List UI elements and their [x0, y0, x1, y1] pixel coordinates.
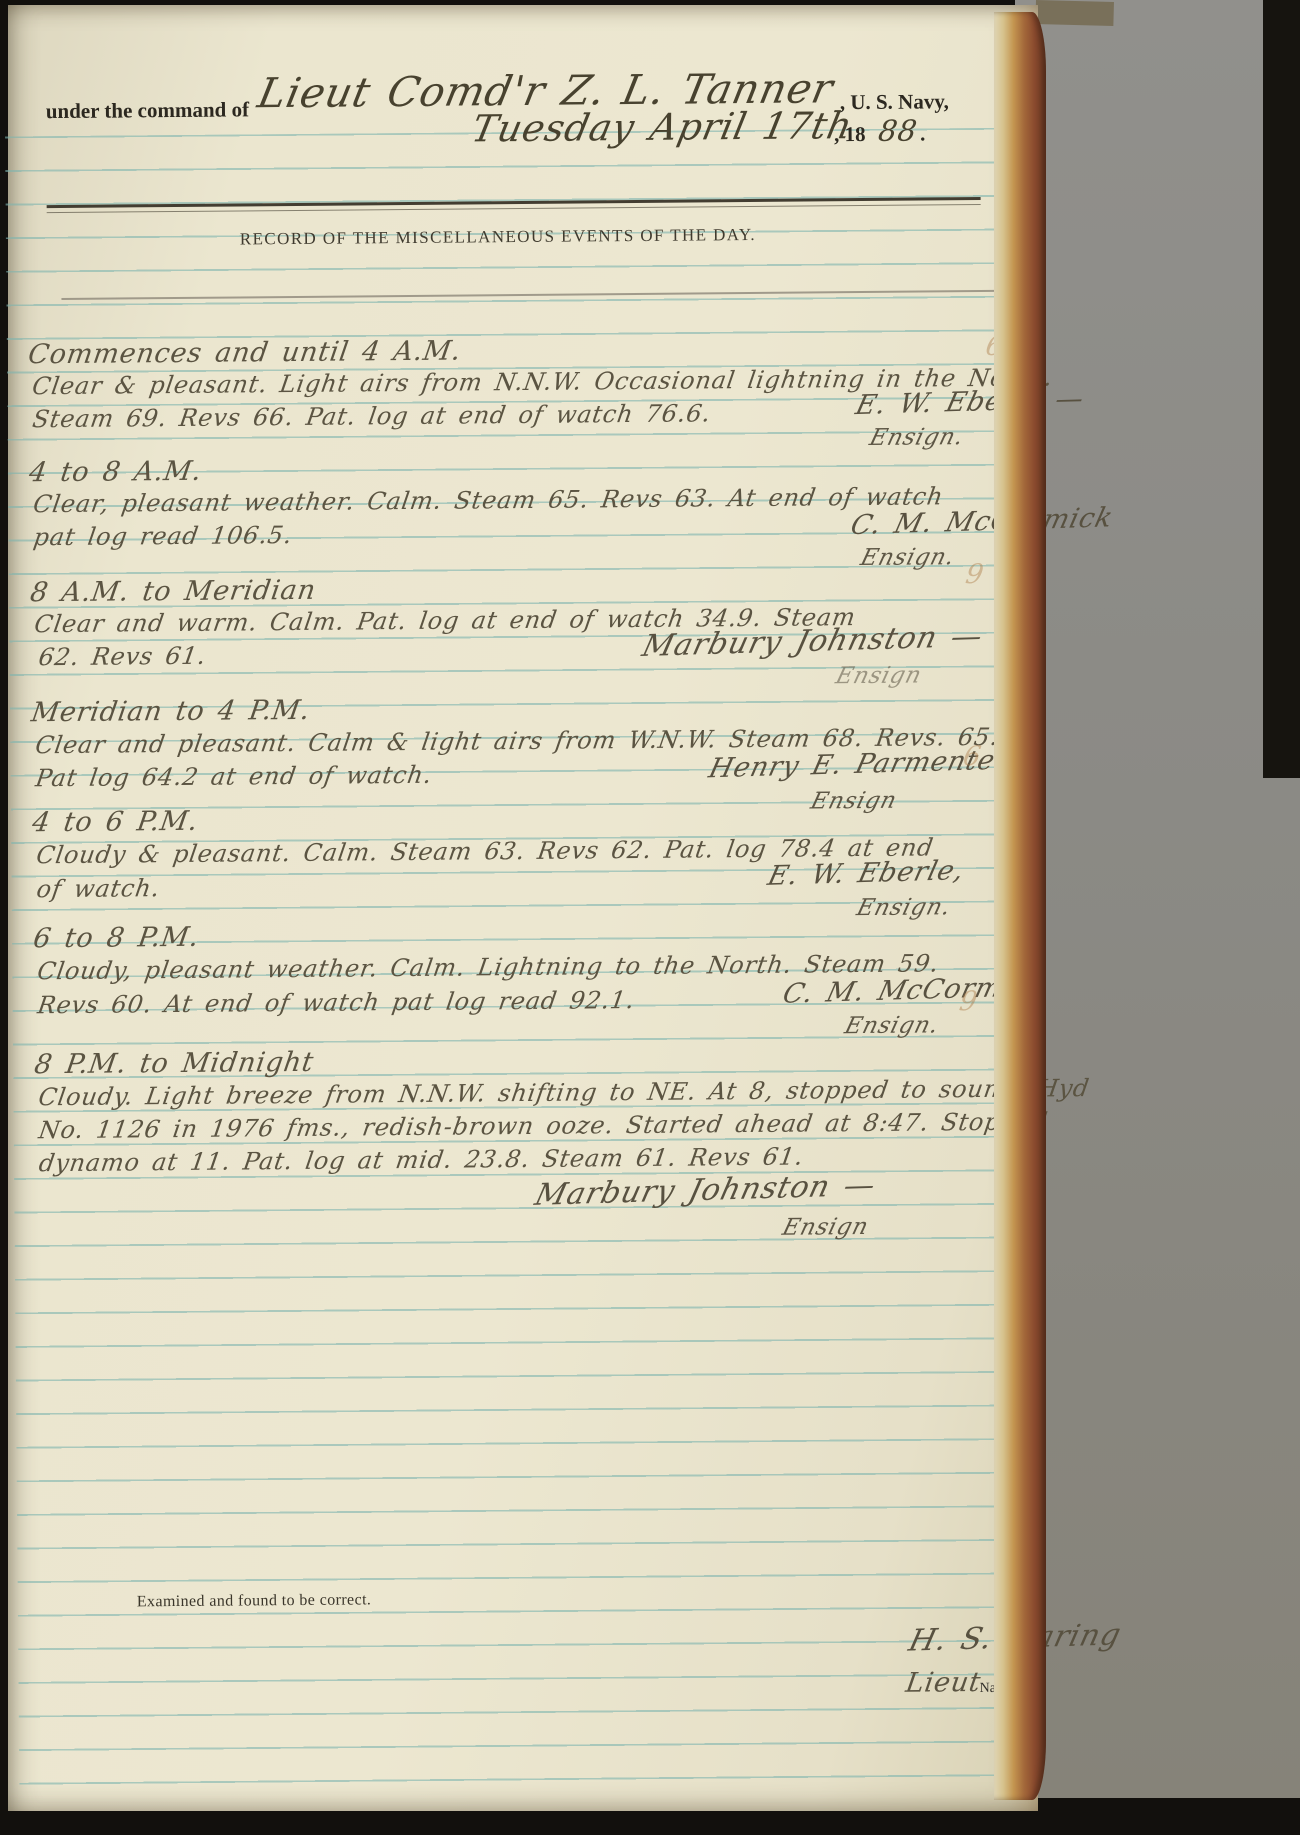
printed-us-navy: , U. S. Navy,	[840, 89, 949, 115]
entry-line: Revs 60. At end of watch pat log read 92…	[36, 986, 637, 1019]
signature-rank: Ensign.	[854, 894, 954, 921]
examined-statement: Examined and found to be correct.	[137, 1591, 372, 1611]
watch-heading: 6 to 8 P.M.	[31, 922, 201, 954]
signature-rank: Ensign	[808, 788, 900, 815]
entry-line: Steam 69. Revs 66. Pat. log at end of wa…	[31, 399, 713, 433]
signature-rank: Ensign.	[858, 544, 958, 571]
signature-rank: Ensign.	[842, 1012, 942, 1039]
scan-backdrop	[1015, 0, 1300, 1798]
watch-heading: 4 to 6 P.M.	[30, 806, 200, 838]
navigator-rank-handwriting: Lieut	[904, 1667, 983, 1699]
printed-year-period: .	[920, 121, 925, 146]
signature-rank: Ensign	[833, 662, 925, 689]
watch-heading: Commences and until 4 A.M.	[26, 336, 463, 371]
signature-rank: Ensign	[780, 1214, 872, 1241]
year-handwriting: 88	[876, 114, 920, 148]
signature: E. W. Eberle,	[765, 855, 968, 892]
page-sheet: under the command of Lieut Comd'r Z. L. …	[1, 1, 1047, 1816]
printed-command-prefix: under the command of	[46, 97, 249, 124]
date-handwriting: Tuesday April 17th	[468, 104, 856, 150]
entry-line: pat log read 106.5.	[32, 521, 295, 551]
entry-line: Pat log 64.2 at end of watch.	[34, 761, 434, 792]
watch-heading: 8 A.M. to Meridian	[28, 575, 318, 609]
book-page-edges	[994, 12, 1046, 1800]
entry-line: of watch.	[35, 874, 162, 903]
scan-backdrop-shadow	[1263, 0, 1300, 778]
entry-line: 62. Revs 61.	[37, 642, 209, 671]
signature-rank: Ensign.	[867, 424, 967, 451]
printed-year-prefix: , 18	[834, 122, 866, 147]
watch-heading: 4 to 8 A.M.	[27, 456, 204, 489]
page-corner-behind	[1035, 0, 1114, 26]
logbook-page: under the command of Lieut Comd'r Z. L. …	[8, 5, 1038, 1811]
watch-heading: Meridian to 4 P.M.	[29, 695, 312, 728]
watch-heading: 8 P.M. to Midnight	[32, 1047, 316, 1080]
